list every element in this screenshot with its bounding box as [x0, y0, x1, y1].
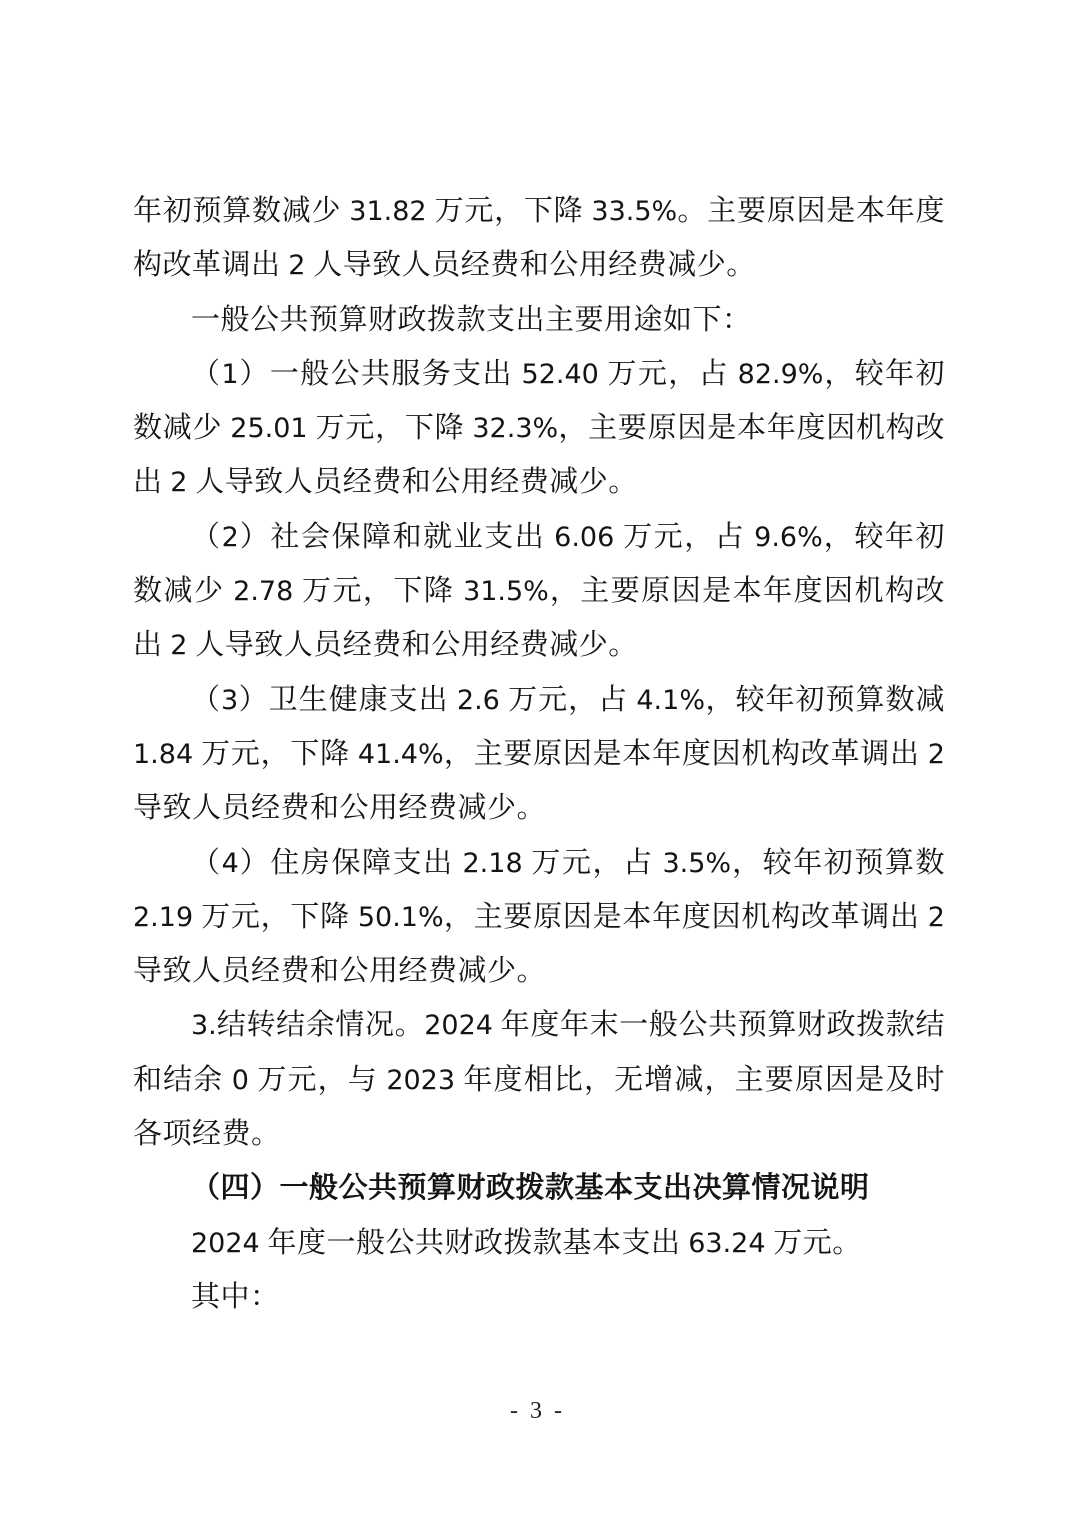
- numeral: 2: [170, 467, 187, 498]
- numeral: 32.3%: [472, 413, 558, 444]
- numeral: 33.5%: [591, 196, 677, 227]
- numeral: 63.24: [688, 1228, 765, 1259]
- numeral: 52.40: [522, 359, 599, 390]
- text-line: （2）社会保障和就业支出 6.06 万元，占 9.6%，较年初预算: [133, 510, 945, 564]
- text-line: 构改革调出 2 人导致人员经费和公用经费减少。: [133, 238, 945, 292]
- numeral: 0: [232, 1065, 249, 1096]
- text-line: 各项经费。: [133, 1107, 945, 1161]
- text-line: 和结余 0 万元，与 2023 年度相比，无增减，主要原因是及时支付: [133, 1053, 945, 1107]
- numeral: 4: [222, 848, 239, 879]
- text-line: 出 2 人导致人员经费和公用经费减少。: [133, 618, 945, 672]
- numeral: 2024: [424, 1010, 493, 1041]
- numeral: 25.01: [230, 413, 307, 444]
- text-line: 其中：: [133, 1270, 945, 1324]
- section-heading-line: （四）一般公共预算财政拨款基本支出决算情况说明: [133, 1161, 945, 1215]
- text-line: （1）一般公共服务支出 52.40 万元，占 82.9%，较年初预算: [133, 347, 945, 401]
- numeral: 1.84: [133, 739, 193, 770]
- numeral: 1: [221, 359, 238, 390]
- numeral: 31.82: [349, 196, 426, 227]
- page-number: - 3 -: [0, 1398, 1075, 1425]
- numeral: 82.9%: [738, 359, 824, 390]
- numeral: 2023: [386, 1065, 455, 1096]
- numeral: 2: [170, 630, 187, 661]
- numeral: 2: [288, 250, 305, 281]
- numeral: 3.: [191, 1010, 217, 1041]
- text-line: 3.结转结余情况。2024 年度年末一般公共预算财政拨款结转: [133, 998, 945, 1052]
- text-line: （4）住房保障支出 2.18 万元，占 3.5%，较年初预算数减少: [133, 836, 945, 890]
- numeral: 4.1%: [636, 685, 705, 716]
- numeral: 2.19: [133, 902, 193, 933]
- numeral: 2: [928, 902, 945, 933]
- numeral: 3.5%: [662, 848, 731, 879]
- text-line: 数减少 2.78 万元，下降 31.5%，主要原因是本年度因机构改革调: [133, 564, 945, 618]
- numeral: 9.6%: [754, 522, 823, 553]
- text-line: 数减少 25.01 万元，下降 32.3%，主要原因是本年度因机构改革调: [133, 401, 945, 455]
- text-line: 导致人员经费和公用经费减少。: [133, 781, 945, 835]
- numeral: 2.6: [457, 685, 500, 716]
- numeral: 2024: [191, 1228, 260, 1259]
- numeral: 41.4%: [358, 739, 444, 770]
- numeral: 2.18: [463, 848, 523, 879]
- text-line: （3）卫生健康支出 2.6 万元，占 4.1%，较年初预算数减少: [133, 673, 945, 727]
- numeral: 2: [928, 739, 945, 770]
- text-line: 年初预算数减少 31.82 万元，下降 33.5%。主要原因是本年度因机: [133, 184, 945, 238]
- numeral: 50.1%: [358, 902, 444, 933]
- document-body: 年初预算数减少 31.82 万元，下降 33.5%。主要原因是本年度因机构改革调…: [133, 184, 945, 1324]
- numeral: 2: [222, 522, 239, 553]
- numeral: 3: [221, 685, 238, 716]
- document-page: 年初预算数减少 31.82 万元，下降 33.5%。主要原因是本年度因机构改革调…: [0, 0, 1075, 1520]
- numeral: 31.5%: [463, 576, 549, 607]
- text-line: 2024 年度一般公共财政拨款基本支出 63.24 万元。: [133, 1216, 945, 1270]
- text-line: 出 2 人导致人员经费和公用经费减少。: [133, 455, 945, 509]
- text-line: 导致人员经费和公用经费减少。: [133, 944, 945, 998]
- text-line: 1.84 万元，下降 41.4%，主要原因是本年度因机构改革调出 2 人: [133, 727, 945, 781]
- numeral: 6.06: [554, 522, 614, 553]
- text-line: 一般公共预算财政拨款支出主要用途如下：: [133, 293, 945, 347]
- text-line: 2.19 万元，下降 50.1%，主要原因是本年度因机构改革调出 2 人: [133, 890, 945, 944]
- numeral: 2.78: [233, 576, 293, 607]
